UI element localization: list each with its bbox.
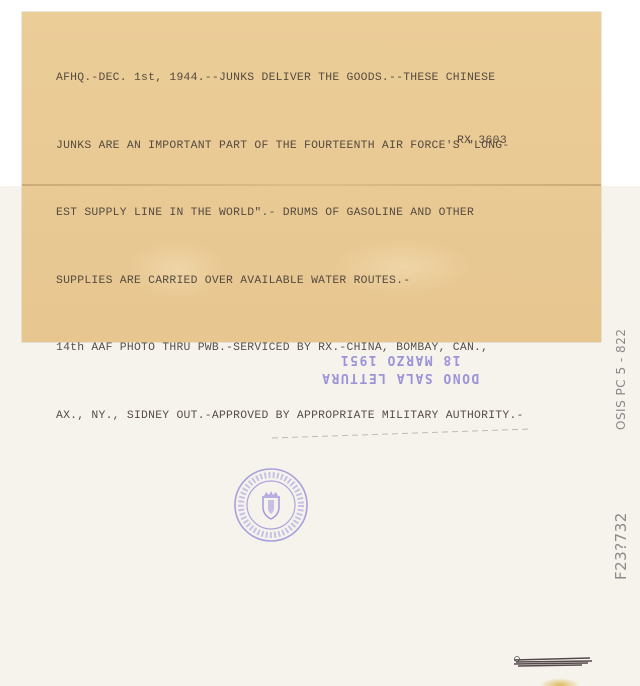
caption-line: AFHQ.-DEC. 1st, 1944.--JUNKS DELIVER THE… bbox=[56, 67, 596, 90]
caption-line: SUPPLIES ARE CARRIED OVER AVAILABLE WATE… bbox=[56, 270, 596, 293]
circular-seal-stamp bbox=[233, 467, 309, 543]
ink-scribble bbox=[512, 654, 594, 670]
stamp-line: 18 MARZO 1951 bbox=[280, 350, 520, 368]
shield-crest-icon bbox=[233, 467, 309, 543]
archive-stamp: DONO SALA LETTURA 18 MARZO 1951 bbox=[280, 350, 520, 386]
handwritten-note-upper: OSIS PC 5 - 822 bbox=[614, 329, 628, 430]
caption-line: JUNKS ARE AN IMPORTANT PART OF THE FOURT… bbox=[56, 135, 596, 158]
caption-line: AX., NY., SIDNEY OUT.-APPROVED BY APPROP… bbox=[56, 405, 596, 428]
stamp-line: DONO SALA LETTURA bbox=[280, 368, 520, 386]
yellow-smudge bbox=[540, 678, 580, 686]
reference-number: RX 3603 bbox=[457, 135, 507, 147]
handwritten-note-lower: F23?732 bbox=[612, 512, 630, 580]
caption-line: EST SUPPLY LINE IN THE WORLD".- DRUMS OF… bbox=[56, 202, 596, 225]
